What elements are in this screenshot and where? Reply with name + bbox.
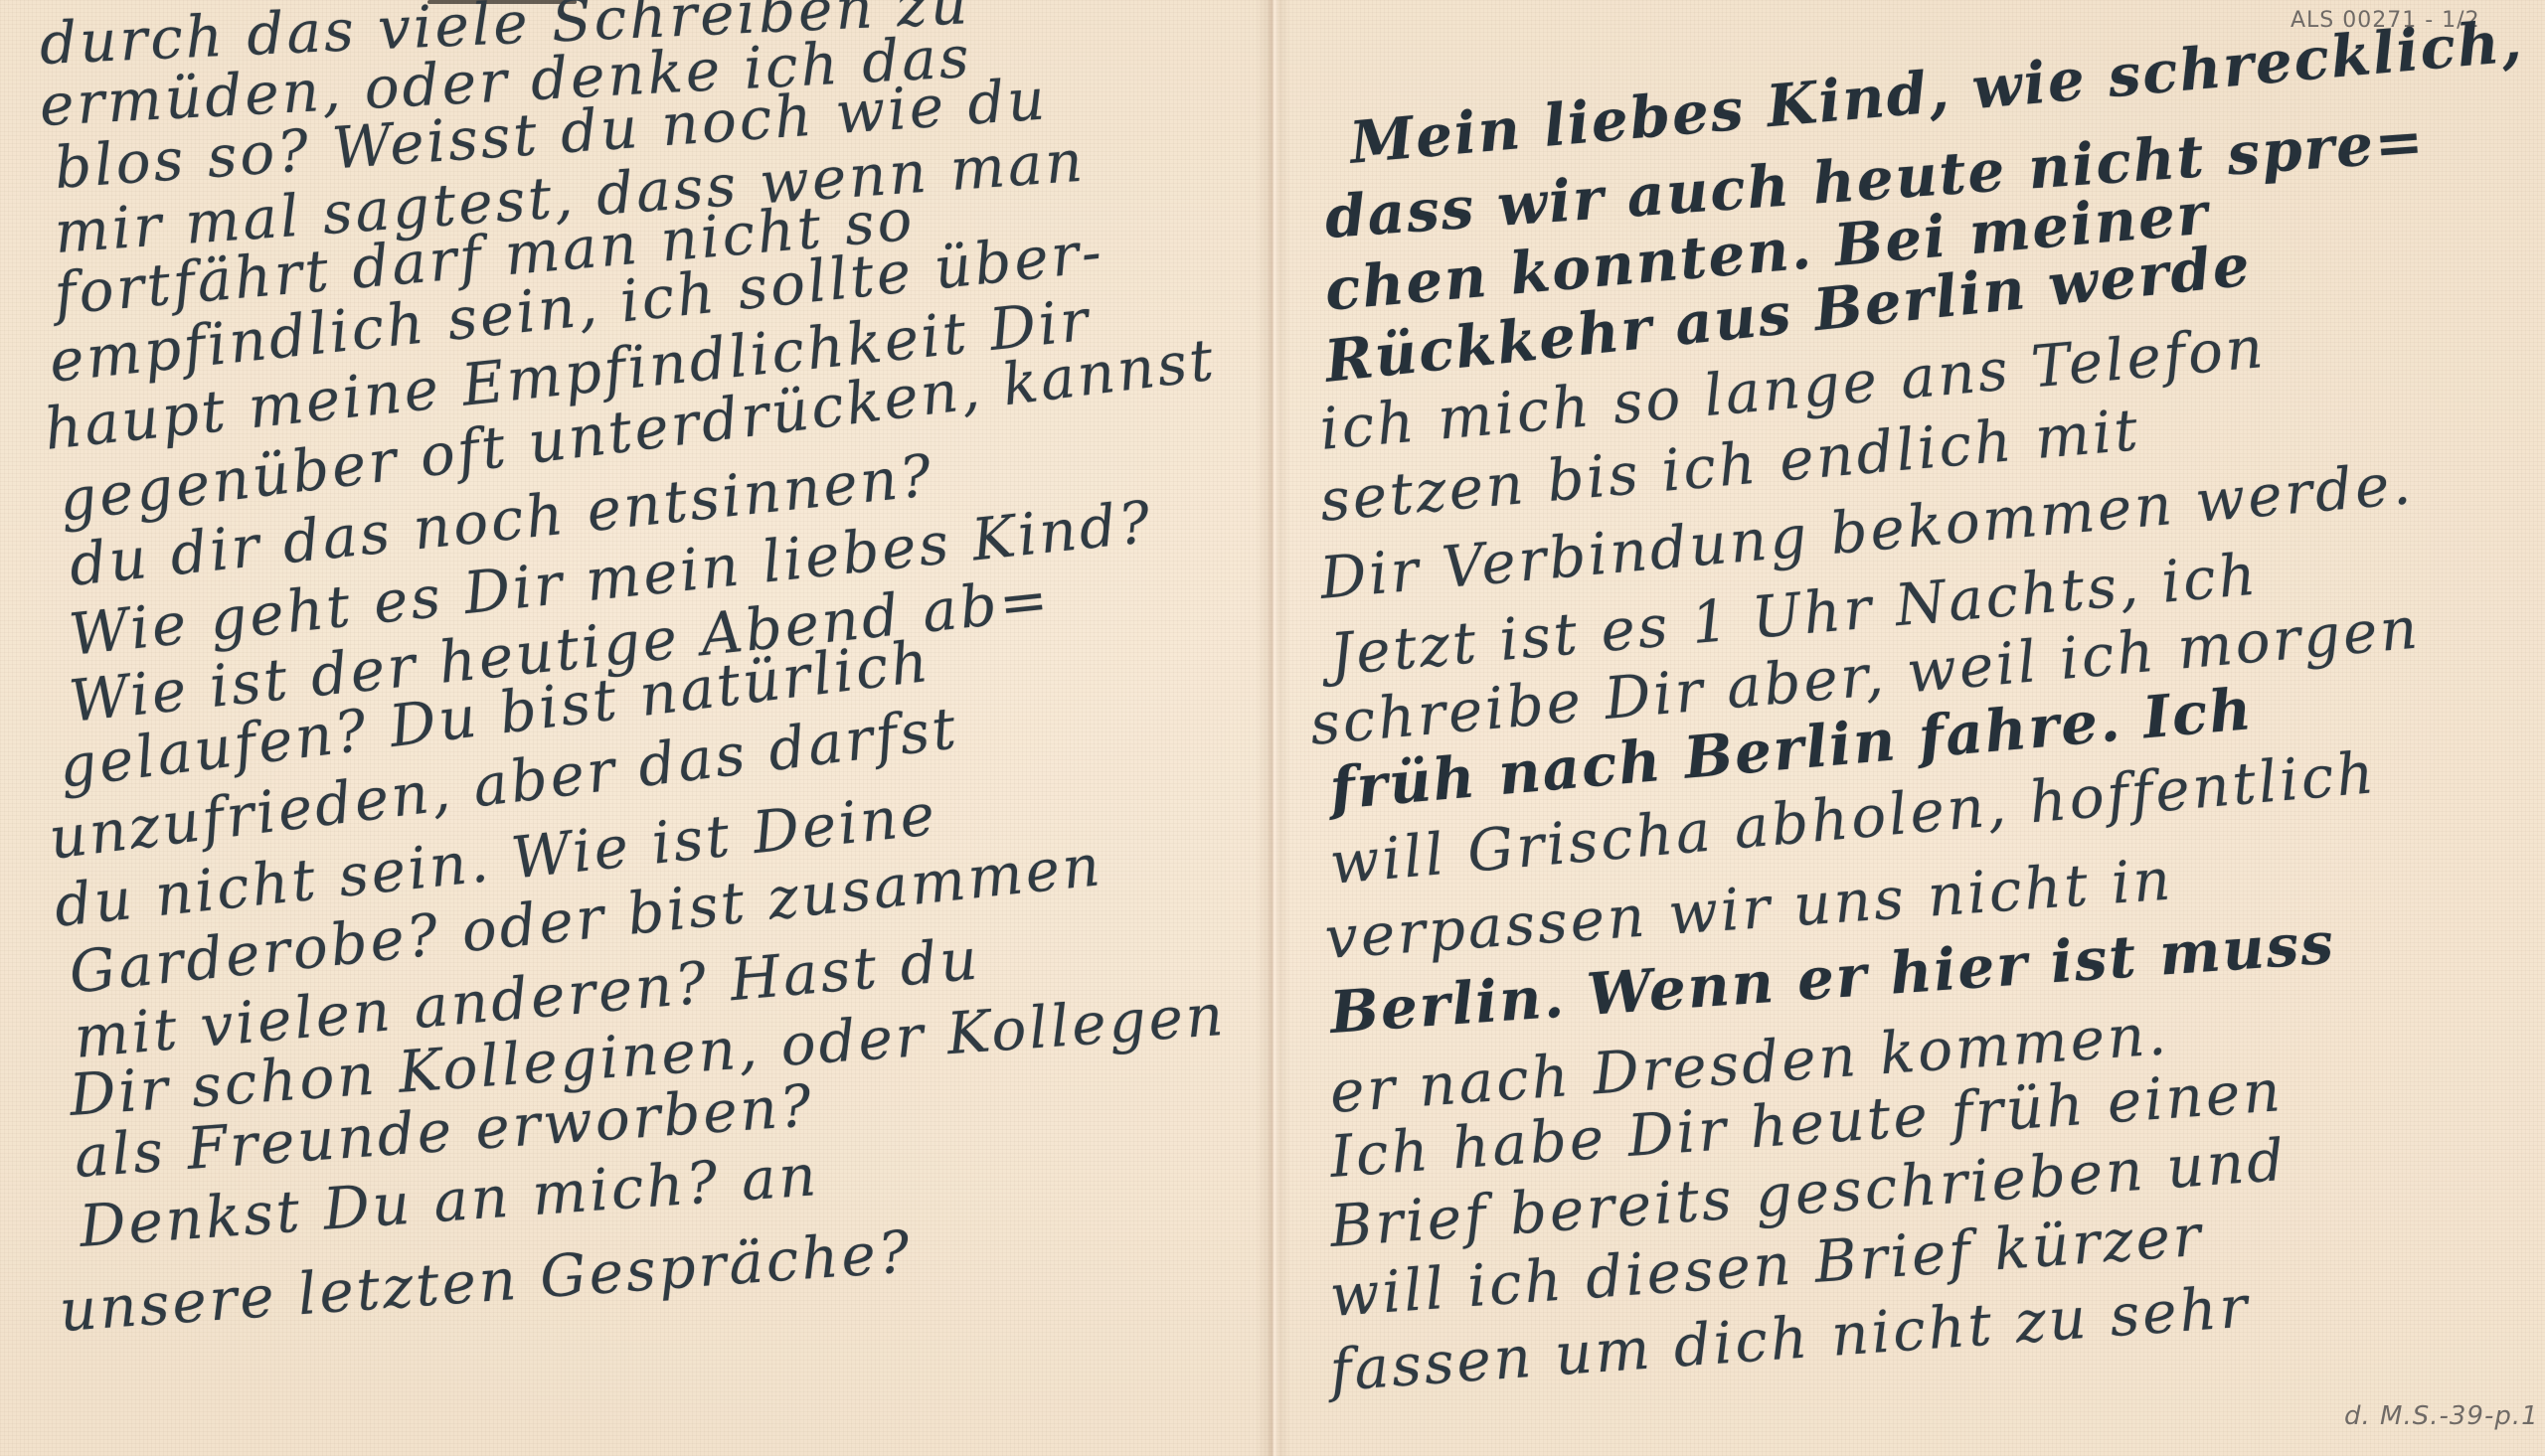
right-page: Mein liebes Kind, wie schrecklich, dass … [1290, 0, 2545, 1456]
page-fold-crease [1255, 0, 1290, 1456]
left-page: durch das viele Schreiben zu ermüden, od… [0, 0, 1255, 1456]
letter-scan: ALS 00271 - 1/2 d. M.S.-39-p.1 durch das… [0, 0, 2545, 1456]
